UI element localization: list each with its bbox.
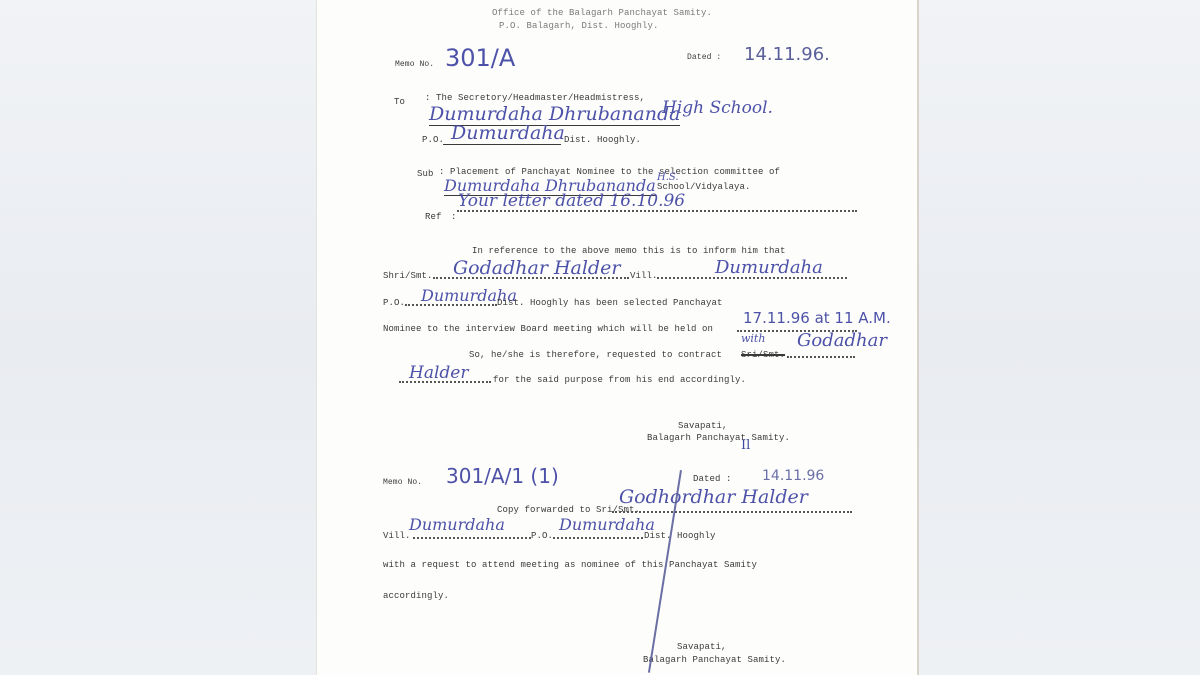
memo2-date: 14.11.96 [762,468,824,484]
signature-org: Balagarh Panchayat Samity. [647,433,790,443]
ref-value: Your letter dated 16.10.96 [458,191,685,211]
po2-label: P.O. [383,298,405,308]
document-page: Office of the Balagarh Panchayat Samity.… [316,0,919,675]
po-label: P.O. [422,135,444,145]
sub-label: Sub [417,169,434,179]
school-suffix: High School. [662,98,773,118]
copy-dotted-line [612,511,852,513]
memo2-body-line-2: accordingly. [383,591,449,601]
background-right [916,0,1200,675]
contact-dotted-line [787,356,855,358]
memo2-signature-org: Balagarh Panchayat Samity. [643,655,786,665]
memo2-po-label: P.O. [531,531,553,541]
memo2-vill-label: Vill. [383,531,411,541]
ref-colon: : [451,212,457,222]
body-line-1: In reference to the above memo this is t… [472,246,786,256]
memo2-dated-label: Dated : [693,474,732,484]
contact-first-name: Godadhar [797,330,887,351]
memo2-label: Memo No. [383,478,422,487]
to-label: To [394,97,405,107]
body-line-3: Dist. Hooghly has been selected Panchaya… [497,298,723,308]
memo2-vill-value: Dumurdaha [409,515,505,534]
letterhead-office: Office of the Balagarh Panchayat Samity. [492,8,712,18]
memo2-body-line-1: with a request to attend meeting as nomi… [383,560,757,570]
nominee-name: Godadhar Halder [453,257,620,279]
signature-title: Savapati, [678,421,728,431]
copy-name: Godhordhar Halder [619,486,808,508]
ref-label: Ref [425,212,442,222]
body-line-6: for the said purpose from his end accord… [493,375,746,385]
vill-label: Vill. [630,271,658,281]
signature-mark: Il [741,438,750,453]
body-line-4: Nominee to the interview Board meeting w… [383,324,713,334]
memo-label: Memo No. [395,60,434,69]
background-left [0,0,316,675]
memo2-po-value: Dumurdaha [559,515,655,534]
memo2-signature-title: Savapati, [677,642,727,652]
dated-label: Dated : [687,53,721,62]
dist-label: Dist. Hooghly. [564,135,641,145]
memo2-po-dotted-line [553,537,643,539]
memo-number: 301/A [445,44,515,72]
shri-label: Shri/Smt. [383,271,433,281]
vill-value: Dumurdaha [715,257,823,278]
to-line: : The Secretory/Headmaster/Headmistress, [425,93,645,103]
memo-date: 14.11.96. [744,44,830,65]
body-line-5: So, he/she is therefore, requested to co… [469,350,722,360]
memo2-vill-dotted-line [413,537,531,539]
meeting-date: 17.11.96 at 11 A.M. [743,309,891,327]
sri-label: Sri/Smt. [741,350,785,360]
po-value: Dumurdaha [443,122,561,145]
memo2-number: 301/A/1 (1) [446,464,559,488]
memo2-dist-label: Dist. Hooghly [644,531,716,541]
contact-last-name: Halder [409,363,468,383]
with-insert: with [741,332,765,345]
letterhead-address: P.O. Balagarh, Dist. Hooghly. [499,21,659,31]
